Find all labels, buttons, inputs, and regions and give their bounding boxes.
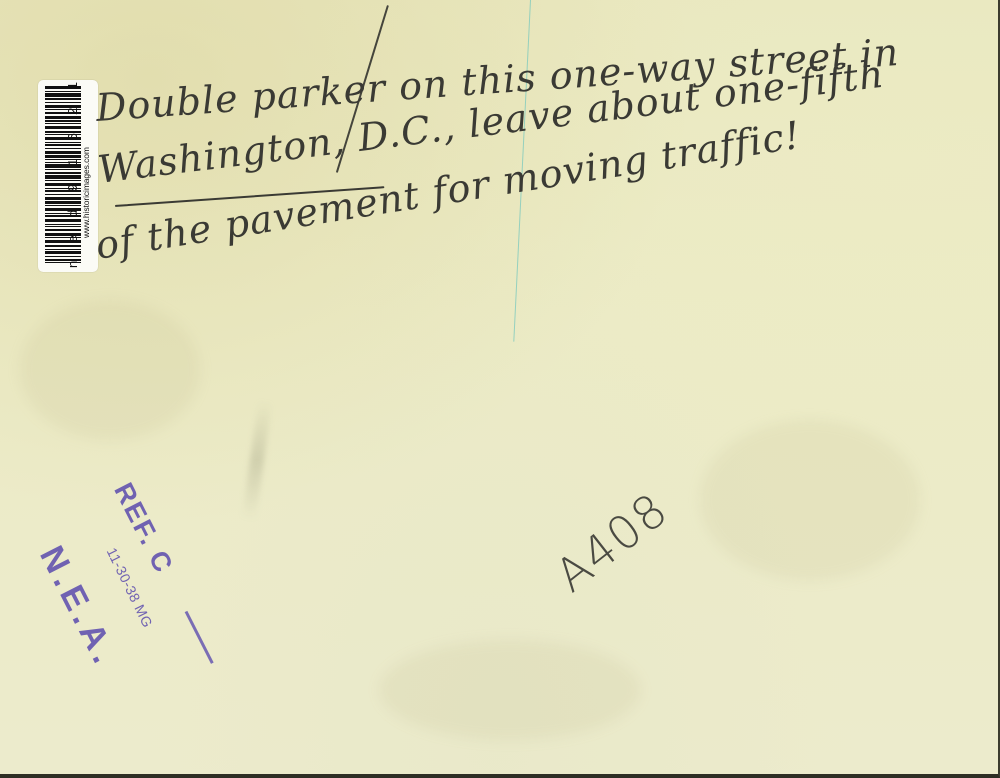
pencil-smudge	[242, 400, 273, 521]
barcode-url: www.historicimages.com	[81, 147, 91, 238]
barcode-label-text: ned91621 www.historicimages.com	[66, 80, 96, 272]
paper-stain	[20, 300, 200, 440]
paper-stain	[700, 420, 920, 580]
barcode-char: 9	[66, 184, 80, 191]
barcode-char: d	[66, 210, 80, 217]
paper-stain	[380, 640, 640, 740]
barcode-char: 1	[66, 159, 80, 166]
barcode-code: ned91621	[66, 82, 80, 272]
barcode-char: 6	[66, 133, 80, 140]
barcode-char: n	[66, 261, 80, 268]
barcode-char: 1	[66, 82, 80, 89]
stamp-ref-dash	[185, 611, 214, 664]
barcode-char: 2	[66, 108, 80, 115]
annotation-code: A408	[545, 482, 679, 603]
photo-back-paper: ned91621 www.historicimages.com Double p…	[0, 0, 1000, 778]
barcode-char: e	[66, 235, 80, 242]
